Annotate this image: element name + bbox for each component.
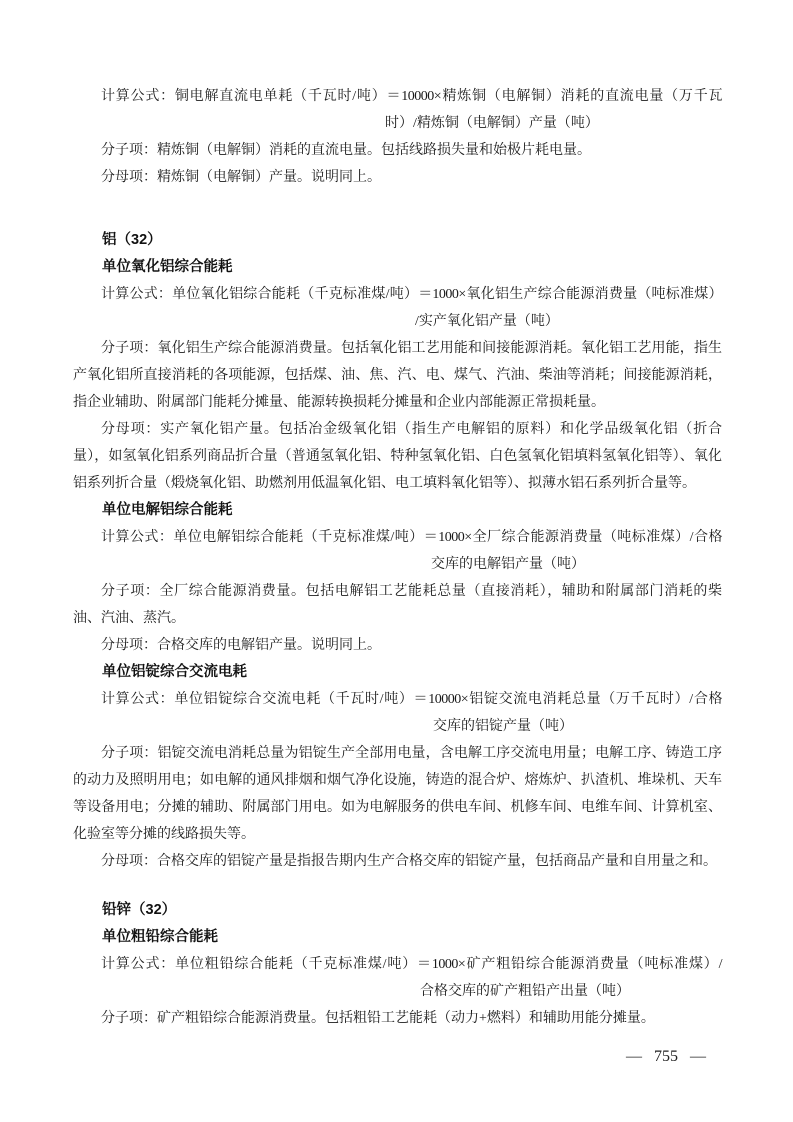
copper-electrolysis-section: 计算公式：铜电解直流电单耗（千瓦时/吨）＝10000×精炼铜（电解铜）消耗的直流… (73, 83, 722, 191)
ingot-denominator-paragraph: 分母项：合格交库的铝锭产量是指报告期内生产合格交库的铝锭产量，包括商品产量和自用… (73, 848, 722, 875)
crude-lead-formula-line-1: 计算公式：单位粗铅综合能耗（千克标准煤/吨）＝1000×矿产粗铅综合能源消费量（… (73, 951, 722, 978)
ingot-formula-line-1: 计算公式：单位铝锭综合交流电耗（千瓦时/吨）＝10000×铝锭交流电消耗总量（万… (73, 686, 722, 713)
crude-lead-formula-line-2: 合格交库的矿产粗铅产出量（吨） (420, 978, 722, 1005)
aluminum-ingot-subsection: 单位铝锭综合交流电耗 计算公式：单位铝锭综合交流电耗（千瓦时/吨）＝10000×… (73, 659, 722, 875)
alumina-formula-line-2: /实产氧化铝产量（吨） (415, 308, 722, 335)
alumina-numerator-paragraph: 分子项：氧化铝生产综合能源消费量。包括氧化铝工艺用能和间接能源消耗。氧化铝工艺用… (73, 335, 722, 416)
aluminum-section: 铝（32） 单位氧化铝综合能耗 计算公式：单位氧化铝综合能耗（千克标准煤/吨）＝… (73, 227, 722, 875)
page-number-right-dash: — (690, 1046, 706, 1068)
electrolytic-formula-line-1: 计算公式：单位电解铝综合能耗（千克标准煤/吨）＝1000×全厂综合能源消费量（吨… (73, 524, 722, 551)
copper-denominator-paragraph: 分母项：精炼铜（电解铜）产量。说明同上。 (73, 164, 722, 191)
lead-zinc-section-heading: 铅锌（32） (73, 897, 722, 924)
page-number-value: 755 (654, 1046, 678, 1068)
aluminum-section-heading: 铝（32） (73, 227, 722, 254)
document-page: 计算公式：铜电解直流电单耗（千瓦时/吨）＝10000×精炼铜（电解铜）消耗的直流… (0, 0, 793, 1122)
crude-lead-numerator-paragraph: 分子项：矿产粗铅综合能源消费量。包括粗铅工艺能耗（动力+燃料）和辅助用能分摊量。 (73, 1005, 722, 1032)
aluminum-ingot-title: 单位铝锭综合交流电耗 (73, 659, 722, 686)
copper-formula-line-2: 时）/精炼铜（电解铜）产量（吨） (385, 110, 722, 137)
alumina-formula-line-1: 计算公式：单位氧化铝综合能耗（千克标准煤/吨）＝1000×氧化铝生产综合能源消费… (73, 281, 722, 308)
ingot-numerator-paragraph: 分子项：铝锭交流电消耗总量为铝锭生产全部用电量，含电解工序交流电用量；电解工序、… (73, 740, 722, 848)
electrolytic-denominator-paragraph: 分母项：合格交库的电解铝产量。说明同上。 (73, 632, 722, 659)
page-number-left-dash: — (626, 1046, 642, 1068)
lead-zinc-section: 铅锌（32） 单位粗铅综合能耗 计算公式：单位粗铅综合能耗（千克标准煤/吨）＝1… (73, 897, 722, 1032)
electrolytic-formula-line-2: 交库的电解铝产量（吨） (431, 551, 722, 578)
electrolytic-numerator-paragraph: 分子项：全厂综合能源消费量。包括电解铝工艺能耗总量（直接消耗），辅助和附属部门消… (73, 578, 722, 632)
page-number: — 755 — (73, 1046, 722, 1068)
ingot-formula-line-2: 交库的铝锭产量（吨） (433, 713, 722, 740)
copper-numerator-paragraph: 分子项：精炼铜（电解铜）消耗的直流电量。包括线路损失量和始极片耗电量。 (73, 137, 722, 164)
alumina-subsection: 单位氧化铝综合能耗 计算公式：单位氧化铝综合能耗（千克标准煤/吨）＝1000×氧… (73, 254, 722, 497)
electrolytic-aluminum-subsection: 单位电解铝综合能耗 计算公式：单位电解铝综合能耗（千克标准煤/吨）＝1000×全… (73, 497, 722, 659)
alumina-denominator-paragraph: 分母项：实产氧化铝产量。包括冶金级氧化铝（指生产电解铝的原料）和化学品级氧化铝（… (73, 416, 722, 497)
copper-formula-line-1: 计算公式：铜电解直流电单耗（千瓦时/吨）＝10000×精炼铜（电解铜）消耗的直流… (73, 83, 722, 110)
electrolytic-aluminum-title: 单位电解铝综合能耗 (73, 497, 722, 524)
crude-lead-subsection: 单位粗铅综合能耗 计算公式：单位粗铅综合能耗（千克标准煤/吨）＝1000×矿产粗… (73, 924, 722, 1032)
alumina-title: 单位氧化铝综合能耗 (73, 254, 722, 281)
crude-lead-title: 单位粗铅综合能耗 (73, 924, 722, 951)
